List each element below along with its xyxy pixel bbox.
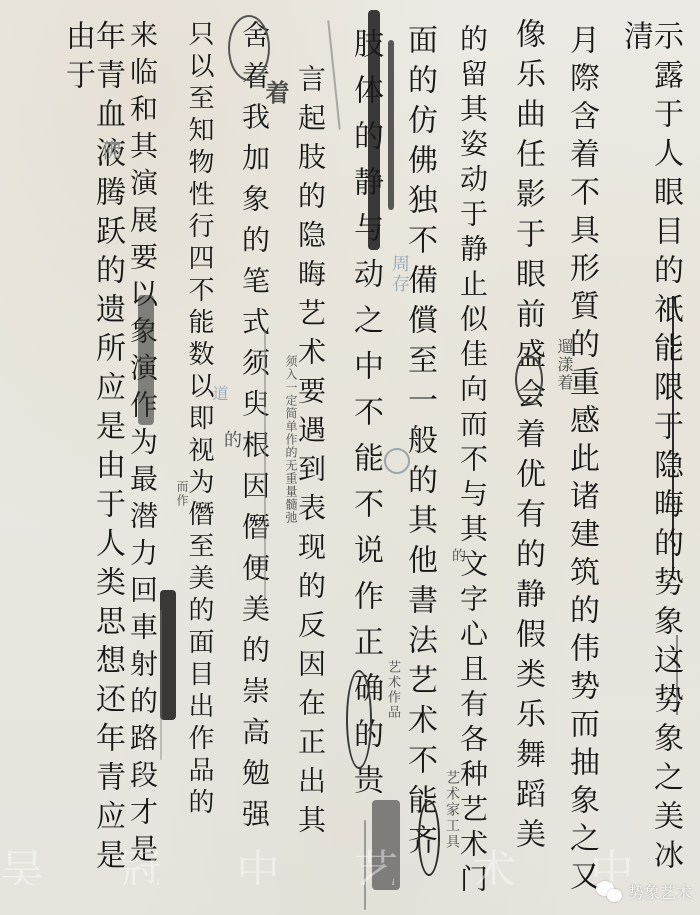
strike-mark-column-6b bbox=[388, 40, 394, 210]
annotation-erzuo: 而作 bbox=[174, 480, 191, 508]
watermark-band: 吴 冠 中 艺 术 中 心 bbox=[0, 835, 700, 885]
circle-mark-2 bbox=[384, 448, 410, 474]
circle-mark-1 bbox=[228, 15, 270, 81]
text-column-3: 像乐曲任影于眼前盛会着优有的静假类乐舞蹈美 bbox=[512, 18, 542, 858]
annotation-liuyangzhe: 遛漾着 bbox=[553, 338, 576, 392]
wechat-icon bbox=[596, 881, 624, 903]
annotation-long-insertion: 须入一定简单作的无重量髓弛 bbox=[283, 355, 300, 524]
watermark-corner-text: 势象艺术 bbox=[628, 880, 692, 903]
annotation-artwork: 艺术作品 bbox=[383, 660, 402, 720]
strike-mark-column-6 bbox=[368, 10, 380, 250]
text-column-2: 月際含着不具形質的重感此诸建筑的伟势而抽象之又 bbox=[566, 24, 596, 898]
annotation-de-2: 的 bbox=[218, 430, 244, 450]
circle-mark-3 bbox=[346, 670, 372, 769]
text-column-10: 来临和其演展要以象演作为最潜力回車射的路段才是 bbox=[128, 20, 156, 871]
pencil-line-2 bbox=[264, 330, 266, 600]
annotation-dao: 道 bbox=[208, 385, 231, 403]
strike-mark-column-9 bbox=[138, 295, 154, 425]
annotation-zhe: 着 bbox=[258, 80, 293, 106]
pencil-line-4 bbox=[160, 610, 162, 760]
text-column-4: 的留其姿动于静止似佳向而不与其文字心且有各种艺术门 bbox=[458, 24, 486, 899]
text-column-9: 只以至知物性行四不能数以即视为僭至美的面目出作品的 bbox=[186, 20, 212, 820]
annotation-de-1: 的 bbox=[448, 548, 468, 564]
circle-mark-5 bbox=[515, 355, 543, 404]
annotation-fo: 佛 bbox=[96, 140, 125, 162]
watermark-corner: 势象艺术 bbox=[596, 880, 692, 903]
strike-mark-column-10 bbox=[160, 590, 176, 720]
annotation-zhoucun: 周存 bbox=[386, 254, 412, 294]
text-column-5: 面的仿佛独不備償至一般的其他書法艺术不能齐 bbox=[404, 24, 434, 864]
text-column-7: 言起肢的隐晦艺术要遇到表现的反因在正出其 bbox=[296, 64, 324, 844]
text-column-1: 示露于人眼目的祇能限于隐晦的势象这势象之美冰清 bbox=[620, 20, 680, 915]
